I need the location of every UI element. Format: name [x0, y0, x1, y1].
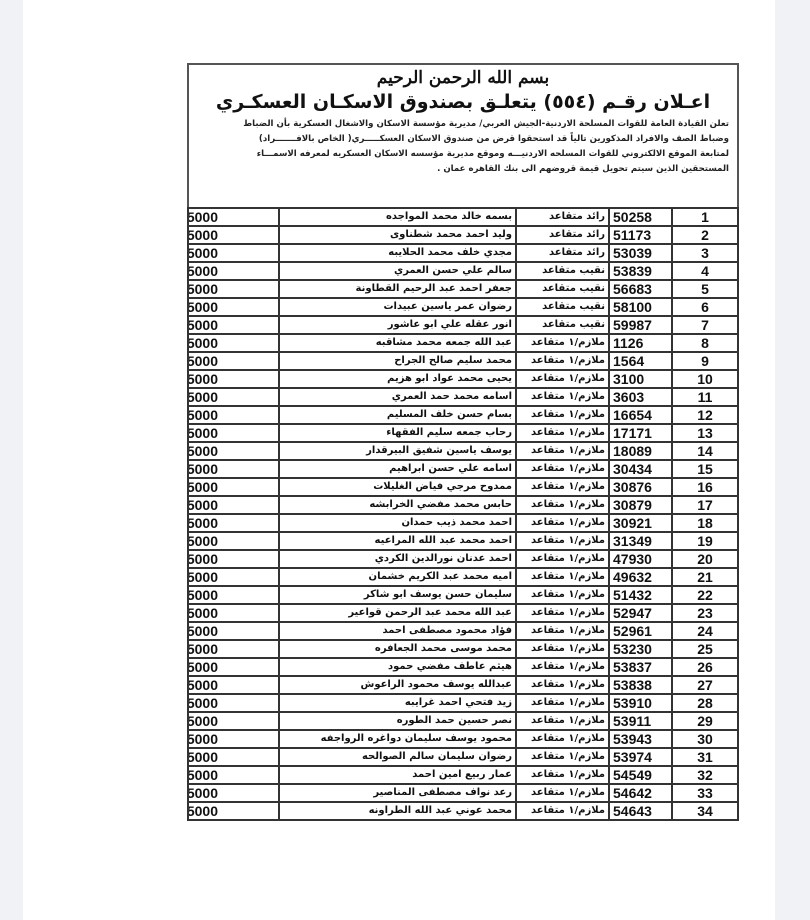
- table-row: 1830921ملازم/١ متقاعداحمد محمد ذيب حمدان…: [188, 514, 738, 532]
- rank-cell: رائد متقاعد: [516, 244, 609, 262]
- loan-amount-cell: 15000: [188, 748, 279, 766]
- loan-amount-cell: 15000: [188, 604, 279, 622]
- rank-cell: ملازم/١ متقاعد: [516, 802, 609, 820]
- rank-cell: ملازم/١ متقاعد: [516, 496, 609, 514]
- military-number-cell: 56683: [609, 280, 672, 298]
- military-number-cell: 53837: [609, 658, 672, 676]
- military-number-cell: 53911: [609, 712, 672, 730]
- loan-amount-cell: 15000: [188, 622, 279, 640]
- full-name-cell: عمار ربيع امين احمد: [279, 766, 516, 784]
- row-index-cell: 34: [672, 802, 738, 820]
- military-number-cell: 3603: [609, 388, 672, 406]
- row-index-cell: 28: [672, 694, 738, 712]
- full-name-cell: يوسف ياسين شفيق البيرقدار: [279, 442, 516, 460]
- rank-cell: ملازم/١ متقاعد: [516, 370, 609, 388]
- announcement-document: بسم الله الرحمن الرحيم اعـلان رقـم (٥٥٤)…: [187, 63, 739, 821]
- military-number-cell: 53943: [609, 730, 672, 748]
- table-row: 2953911ملازم/١ متقاعدنصر حسين حمد الطوره…: [188, 712, 738, 730]
- body-line: وضباط الصف والافراد المذكورين تالياً قد …: [197, 132, 729, 147]
- row-index-cell: 15: [672, 460, 738, 478]
- military-number-cell: 31349: [609, 532, 672, 550]
- table-row: 2251432ملازم/١ متقاعدسليمان حسن يوسف ابو…: [188, 586, 738, 604]
- rank-cell: نقيب متقاعد: [516, 280, 609, 298]
- table-row: 2653837ملازم/١ متقاعدهيثم عاطف مفضي حمود…: [188, 658, 738, 676]
- rank-cell: ملازم/١ متقاعد: [516, 586, 609, 604]
- loan-amount-cell: 15000: [188, 514, 279, 532]
- military-number-cell: 54642: [609, 784, 672, 802]
- full-name-cell: وليد احمد محمد شطناوى: [279, 226, 516, 244]
- rank-cell: ملازم/١ متقاعد: [516, 460, 609, 478]
- row-index-cell: 16: [672, 478, 738, 496]
- row-index-cell: 19: [672, 532, 738, 550]
- table-row: 2753838ملازم/١ متقاعدعبدالله يوسف محمود …: [188, 676, 738, 694]
- row-index-cell: 11: [672, 388, 738, 406]
- row-index-cell: 6: [672, 298, 738, 316]
- row-index-cell: 26: [672, 658, 738, 676]
- body-line: المستحقين الذين سيتم تحويل قيمة قروضهم ا…: [197, 162, 729, 177]
- military-number-cell: 51173: [609, 226, 672, 244]
- full-name-cell: اسامه محمد حمد العمري: [279, 388, 516, 406]
- full-name-cell: احمد محمد عبد الله المراعيه: [279, 532, 516, 550]
- loan-amount-cell: 15000: [188, 226, 279, 244]
- table-row: 2149632ملازم/١ متقاعداميه محمد عبد الكري…: [188, 568, 738, 586]
- rank-cell: ملازم/١ متقاعد: [516, 658, 609, 676]
- full-name-cell: جعفر احمد عبد الرحيم القطاونة: [279, 280, 516, 298]
- row-index-cell: 12: [672, 406, 738, 424]
- loan-amount-cell: 15000: [188, 298, 279, 316]
- loan-amount-cell: 15000: [188, 658, 279, 676]
- row-index-cell: 17: [672, 496, 738, 514]
- rank-cell: ملازم/١ متقاعد: [516, 676, 609, 694]
- full-name-cell: نصر حسين حمد الطوره: [279, 712, 516, 730]
- row-index-cell: 18: [672, 514, 738, 532]
- table-row: 1931349ملازم/١ متقاعداحمد محمد عبد الله …: [188, 532, 738, 550]
- row-index-cell: 4: [672, 262, 738, 280]
- table-row: 3153974ملازم/١ متقاعدرضوان سليمان سالم ا…: [188, 748, 738, 766]
- row-index-cell: 9: [672, 352, 738, 370]
- loan-amount-cell: 15000: [188, 784, 279, 802]
- loan-amount-cell: 15000: [188, 352, 279, 370]
- table-row: 150258رائد متقاعدبسمه خالد محمد المواجده…: [188, 208, 738, 226]
- table-row: 556683نقيب متقاعدجعفر احمد عبد الرحيم ال…: [188, 280, 738, 298]
- announcement-header: بسم الله الرحمن الرحيم اعـلان رقـم (٥٥٤)…: [189, 65, 737, 207]
- table-row: 3254549ملازم/١ متقاعدعمار ربيع امين احمد…: [188, 766, 738, 784]
- loan-amount-cell: 15000: [188, 802, 279, 820]
- military-number-cell: 30879: [609, 496, 672, 514]
- military-number-cell: 47930: [609, 550, 672, 568]
- row-index-cell: 23: [672, 604, 738, 622]
- military-number-cell: 52947: [609, 604, 672, 622]
- military-number-cell: 51432: [609, 586, 672, 604]
- row-index-cell: 21: [672, 568, 738, 586]
- full-name-cell: رحاب جمعه سليم الفقهاء: [279, 424, 516, 442]
- full-name-cell: عبد الله محمد عبد الرحمن قواعير: [279, 604, 516, 622]
- table-row: 81126ملازم/١ متقاعدعبد الله جمعه محمد مش…: [188, 334, 738, 352]
- rank-cell: نقيب متقاعد: [516, 298, 609, 316]
- table-row: 113603ملازم/١ متقاعداسامه محمد حمد العمر…: [188, 388, 738, 406]
- announcement-body: تعلن القيادة العامة للقوات المسلحة الارد…: [189, 115, 737, 177]
- military-number-cell: 16654: [609, 406, 672, 424]
- table-row: 2047930ملازم/١ متقاعداحمد عدنان نورالدين…: [188, 550, 738, 568]
- loan-amount-cell: 15000: [188, 712, 279, 730]
- full-name-cell: رعد نواف مصطفى المناصير: [279, 784, 516, 802]
- military-number-cell: 1126: [609, 334, 672, 352]
- military-number-cell: 58100: [609, 298, 672, 316]
- row-index-cell: 31: [672, 748, 738, 766]
- military-number-cell: 54549: [609, 766, 672, 784]
- loan-amount-cell: 15000: [188, 316, 279, 334]
- rank-cell: ملازم/١ متقاعد: [516, 730, 609, 748]
- row-index-cell: 1: [672, 208, 738, 226]
- military-number-cell: 53974: [609, 748, 672, 766]
- full-name-cell: رضوان سليمان سالم الصوالحه: [279, 748, 516, 766]
- body-line: تعلن القيادة العامة للقوات المسلحة الارد…: [197, 117, 729, 132]
- loan-amount-cell: 15000: [188, 532, 279, 550]
- announcement-title: اعـلان رقـم (٥٥٤) يتعلـق بصندوق الاسكـان…: [189, 89, 737, 115]
- row-index-cell: 3: [672, 244, 738, 262]
- loan-amount-cell: 15000: [188, 730, 279, 748]
- row-index-cell: 27: [672, 676, 738, 694]
- military-number-cell: 53839: [609, 262, 672, 280]
- military-number-cell: 53039: [609, 244, 672, 262]
- table-row: 2853910ملازم/١ متقاعدزيد فتحي احمد غرايب…: [188, 694, 738, 712]
- table-row: 759987نقيب متقاعدانور عقله علي ابو عاشور…: [188, 316, 738, 334]
- rank-cell: ملازم/١ متقاعد: [516, 712, 609, 730]
- loan-amount-cell: 15000: [188, 496, 279, 514]
- loan-amount-cell: 15000: [188, 550, 279, 568]
- military-number-cell: 30921: [609, 514, 672, 532]
- table-row: 658100نقيب متقاعدرضوان عمر ياسين عبيدات1…: [188, 298, 738, 316]
- military-number-cell: 59987: [609, 316, 672, 334]
- full-name-cell: رضوان عمر ياسين عبيدات: [279, 298, 516, 316]
- loan-amount-cell: 15000: [188, 370, 279, 388]
- rank-cell: رائد متقاعد: [516, 226, 609, 244]
- military-number-cell: 53910: [609, 694, 672, 712]
- table-row: 2352947ملازم/١ متقاعدعبد الله محمد عبد ا…: [188, 604, 738, 622]
- loan-amount-cell: 15000: [188, 442, 279, 460]
- military-number-cell: 49632: [609, 568, 672, 586]
- full-name-cell: ممدوح مرجي فياض الغليلات: [279, 478, 516, 496]
- full-name-cell: محمد موسى محمد الجعافره: [279, 640, 516, 658]
- loan-amount-cell: 15000: [188, 280, 279, 298]
- table-row: 1317171ملازم/١ متقاعدرحاب جمعه سليم الفق…: [188, 424, 738, 442]
- full-name-cell: سليمان حسن يوسف ابو شاكر: [279, 586, 516, 604]
- rank-cell: ملازم/١ متقاعد: [516, 388, 609, 406]
- loan-amount-cell: 15000: [188, 460, 279, 478]
- row-index-cell: 13: [672, 424, 738, 442]
- rank-cell: ملازم/١ متقاعد: [516, 640, 609, 658]
- full-name-cell: محمد عوني عبد الله الطراونه: [279, 802, 516, 820]
- table-row: 2553230ملازم/١ متقاعدمحمد موسى محمد الجع…: [188, 640, 738, 658]
- full-name-cell: بسام حسن خلف المسليم: [279, 406, 516, 424]
- table-row: 1730879ملازم/١ متقاعدحابس محمد مفضي الخر…: [188, 496, 738, 514]
- row-index-cell: 24: [672, 622, 738, 640]
- full-name-cell: فؤاد محمود مصطفى احمد: [279, 622, 516, 640]
- row-index-cell: 33: [672, 784, 738, 802]
- table-row: 1630876ملازم/١ متقاعدممدوح مرجي فياض الغ…: [188, 478, 738, 496]
- table-row: 3354642ملازم/١ متقاعدرعد نواف مصطفى المن…: [188, 784, 738, 802]
- loan-amount-cell: 15000: [188, 640, 279, 658]
- full-name-cell: عبد الله جمعه محمد مشاقبه: [279, 334, 516, 352]
- rank-cell: ملازم/١ متقاعد: [516, 442, 609, 460]
- military-number-cell: 30434: [609, 460, 672, 478]
- row-index-cell: 14: [672, 442, 738, 460]
- military-number-cell: 54643: [609, 802, 672, 820]
- basmala: بسم الله الرحمن الرحيم: [189, 65, 737, 89]
- full-name-cell: احمد عدنان نورالدين الكردي: [279, 550, 516, 568]
- full-name-cell: مجدي خلف محمد الحلايبه: [279, 244, 516, 262]
- rank-cell: ملازم/١ متقاعد: [516, 352, 609, 370]
- loan-amount-cell: 15000: [188, 244, 279, 262]
- row-index-cell: 10: [672, 370, 738, 388]
- row-index-cell: 25: [672, 640, 738, 658]
- rank-cell: ملازم/١ متقاعد: [516, 568, 609, 586]
- rank-cell: ملازم/١ متقاعد: [516, 406, 609, 424]
- full-name-cell: عبدالله يوسف محمود الراعوش: [279, 676, 516, 694]
- rank-cell: ملازم/١ متقاعد: [516, 532, 609, 550]
- full-name-cell: محمود يوسف سليمان دواغره الرواجفه: [279, 730, 516, 748]
- rank-cell: ملازم/١ متقاعد: [516, 334, 609, 352]
- table-row: 1216654ملازم/١ متقاعدبسام حسن خلف المسلي…: [188, 406, 738, 424]
- row-index-cell: 2: [672, 226, 738, 244]
- military-number-cell: 50258: [609, 208, 672, 226]
- row-index-cell: 20: [672, 550, 738, 568]
- full-name-cell: زيد فتحي احمد غرايبه: [279, 694, 516, 712]
- table-row: 1418089ملازم/١ متقاعديوسف ياسين شفيق الب…: [188, 442, 738, 460]
- full-name-cell: هيثم عاطف مفضي حمود: [279, 658, 516, 676]
- military-number-cell: 17171: [609, 424, 672, 442]
- loan-amount-cell: 15000: [188, 388, 279, 406]
- military-number-cell: 1564: [609, 352, 672, 370]
- row-index-cell: 32: [672, 766, 738, 784]
- loan-amount-cell: 15000: [188, 568, 279, 586]
- row-index-cell: 22: [672, 586, 738, 604]
- table-row: 1530434ملازم/١ متقاعداسامه علي حسن ابراه…: [188, 460, 738, 478]
- rank-cell: ملازم/١ متقاعد: [516, 694, 609, 712]
- row-index-cell: 7: [672, 316, 738, 334]
- loan-amount-cell: 15000: [188, 766, 279, 784]
- rank-cell: ملازم/١ متقاعد: [516, 784, 609, 802]
- full-name-cell: يحيى محمد عواد ابو هزيم: [279, 370, 516, 388]
- row-index-cell: 30: [672, 730, 738, 748]
- full-name-cell: محمد سليم صالح الجراح: [279, 352, 516, 370]
- beneficiaries-table: 150258رائد متقاعدبسمه خالد محمد المواجده…: [187, 207, 739, 821]
- military-number-cell: 18089: [609, 442, 672, 460]
- full-name-cell: انور عقله علي ابو عاشور: [279, 316, 516, 334]
- loan-amount-cell: 15000: [188, 694, 279, 712]
- table-row: 453839نقيب متقاعدسالم علي حسن العمري1500…: [188, 262, 738, 280]
- full-name-cell: احمد محمد ذيب حمدان: [279, 514, 516, 532]
- full-name-cell: سالم علي حسن العمري: [279, 262, 516, 280]
- row-index-cell: 8: [672, 334, 738, 352]
- military-number-cell: 53230: [609, 640, 672, 658]
- rank-cell: رائد متقاعد: [516, 208, 609, 226]
- rank-cell: ملازم/١ متقاعد: [516, 766, 609, 784]
- rank-cell: ملازم/١ متقاعد: [516, 748, 609, 766]
- row-index-cell: 5: [672, 280, 738, 298]
- body-line: لمتابعة الموقع الالكتروني للقوات المسلحه…: [197, 147, 729, 162]
- table-row: 2452961ملازم/١ متقاعدفؤاد محمود مصطفى اح…: [188, 622, 738, 640]
- military-number-cell: 30876: [609, 478, 672, 496]
- document-page: بسم الله الرحمن الرحيم اعـلان رقـم (٥٥٤)…: [23, 0, 775, 920]
- military-number-cell: 52961: [609, 622, 672, 640]
- table-row: 3454643ملازم/١ متقاعدمحمد عوني عبد الله …: [188, 802, 738, 820]
- full-name-cell: بسمه خالد محمد المواجده: [279, 208, 516, 226]
- full-name-cell: اميه محمد عبد الكريم خشمان: [279, 568, 516, 586]
- full-name-cell: حابس محمد مفضي الخرابشه: [279, 496, 516, 514]
- military-number-cell: 53838: [609, 676, 672, 694]
- rank-cell: ملازم/١ متقاعد: [516, 424, 609, 442]
- table-row: 3053943ملازم/١ متقاعدمحمود يوسف سليمان د…: [188, 730, 738, 748]
- rank-cell: ملازم/١ متقاعد: [516, 550, 609, 568]
- loan-amount-cell: 15000: [188, 262, 279, 280]
- rank-cell: ملازم/١ متقاعد: [516, 622, 609, 640]
- loan-amount-cell: 15000: [188, 334, 279, 352]
- table-row: 103100ملازم/١ متقاعديحيى محمد عواد ابو ه…: [188, 370, 738, 388]
- loan-amount-cell: 15000: [188, 586, 279, 604]
- rank-cell: نقيب متقاعد: [516, 262, 609, 280]
- table-row: 251173رائد متقاعدوليد احمد محمد شطناوى15…: [188, 226, 738, 244]
- rank-cell: ملازم/١ متقاعد: [516, 514, 609, 532]
- loan-amount-cell: 15000: [188, 424, 279, 442]
- military-number-cell: 3100: [609, 370, 672, 388]
- rank-cell: ملازم/١ متقاعد: [516, 604, 609, 622]
- row-index-cell: 29: [672, 712, 738, 730]
- loan-amount-cell: 15000: [188, 478, 279, 496]
- rank-cell: نقيب متقاعد: [516, 316, 609, 334]
- loan-amount-cell: 15000: [188, 406, 279, 424]
- full-name-cell: اسامه علي حسن ابراهيم: [279, 460, 516, 478]
- rank-cell: ملازم/١ متقاعد: [516, 478, 609, 496]
- loan-amount-cell: 15000: [188, 208, 279, 226]
- loan-amount-cell: 15000: [188, 676, 279, 694]
- table-row: 353039رائد متقاعدمجدي خلف محمد الحلايبه1…: [188, 244, 738, 262]
- table-row: 91564ملازم/١ متقاعدمحمد سليم صالح الجراح…: [188, 352, 738, 370]
